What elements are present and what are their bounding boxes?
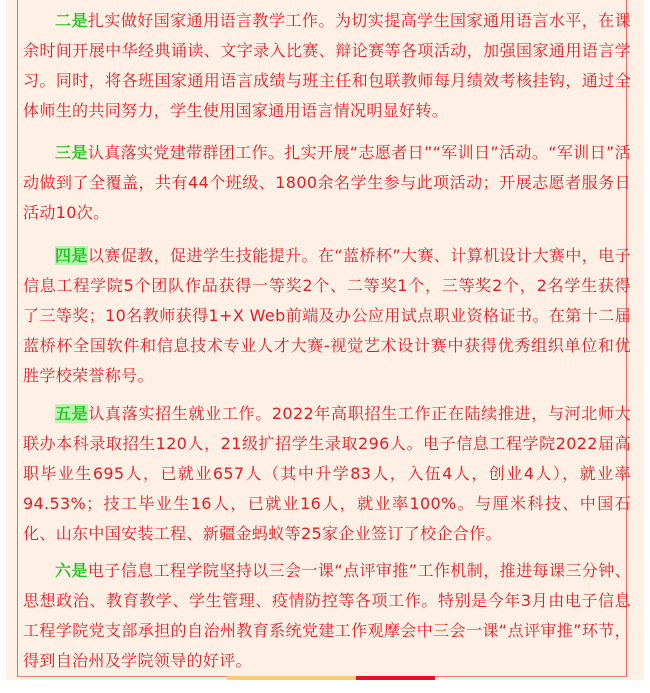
paragraph-lead: 五是 xyxy=(55,404,88,423)
paragraph-lead: 六是 xyxy=(55,561,88,580)
paragraph-lead: 三是 xyxy=(55,143,88,162)
paragraph-lead: 四是 xyxy=(55,246,88,265)
paragraph-body: 认真落实招生就业工作。2022年高职招生工作正在陆续推进，与河北师大联办本科录取… xyxy=(23,404,631,543)
paragraph-body: 以赛促教，促进学生技能提升。在“蓝桥杯”大赛、计算机设计大赛中，电子信息工程学院… xyxy=(23,246,631,385)
bottom-accent-bar-yellow xyxy=(227,676,356,680)
paragraph-2: 二是扎实做好国家通用语言教学工作。为切实提高学生国家通用语言水平，在课余时间开展… xyxy=(23,6,631,126)
paragraph-5: 五是认真落实招生就业工作。2022年高职招生工作正在陆续推进，与河北师大联办本科… xyxy=(23,399,631,549)
paragraph-4: 四是以赛促教，促进学生技能提升。在“蓝桥杯”大赛、计算机设计大赛中，电子信息工程… xyxy=(23,241,631,391)
bottom-accent-bar-red xyxy=(356,676,435,680)
paragraph-3: 三是认真落实党建带群团工作。扎实开展“志愿者日”“军训日”活动。“军训日”活动做… xyxy=(23,138,631,228)
paragraph-body: 认真落实党建带群团工作。扎实开展“志愿者日”“军训日”活动。“军训日”活动做到了… xyxy=(23,143,631,222)
paragraph-6: 六是电子信息工程学院坚持以三会一课“点评审推”工作机制，推进每课三分钟、思想政治… xyxy=(23,556,631,676)
paragraph-body: 扎实做好国家通用语言教学工作。为切实提高学生国家通用语言水平，在课余时间开展中华… xyxy=(23,11,631,120)
paragraph-body: 电子信息工程学院坚持以三会一课“点评审推”工作机制，推进每课三分钟、思想政治、教… xyxy=(23,561,631,670)
paragraph-lead: 二是 xyxy=(55,11,88,30)
